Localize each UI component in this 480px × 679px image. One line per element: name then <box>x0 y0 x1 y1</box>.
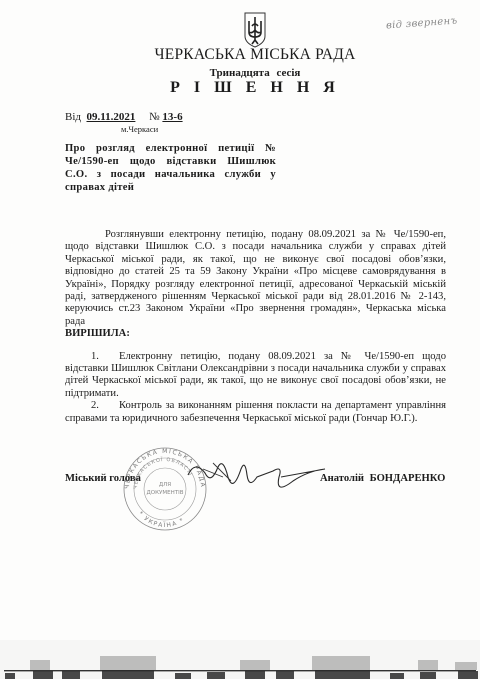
decision-body: Розглянувши електронну петицію, подану 0… <box>65 229 446 425</box>
svg-text:ДОКУМЕНТІВ: ДОКУМЕНТІВ <box>147 490 184 496</box>
resolution-item-1: 1.Електронну петицію, подану 08.09.2021 … <box>65 351 446 401</box>
item-number: 2. <box>91 400 119 412</box>
svg-text:ДЛЯ: ДЛЯ <box>159 482 171 488</box>
decision-subject: Про розгляд електронної петиції № Че/159… <box>65 142 276 194</box>
date-prefix: Від <box>65 111 81 123</box>
date-number-line: Від 09.11.2021 № 13-6 <box>65 111 183 123</box>
resolution-item-2: 2.Контроль за виконанням рішення покласт… <box>65 400 446 425</box>
scan-noise-band <box>0 640 480 679</box>
council-name: ЧЕРКАСЬКА МІСЬКА РАДА <box>0 46 480 64</box>
decision-date: 09.11.2021 <box>87 111 136 123</box>
number-prefix: № <box>149 111 160 123</box>
item-text: Електронну петицію, подану 08.09.2021 за… <box>65 351 446 399</box>
resolved-heading: ВИРІШИЛА: <box>65 328 446 340</box>
session-label: Тринадцята сесія <box>0 67 480 79</box>
item-text: Контроль за виконанням рішення покласти … <box>65 400 446 423</box>
signatory-name: Анатолій БОНДАРЕНКО <box>320 473 445 484</box>
decision-number: 13-6 <box>162 111 182 123</box>
item-number: 1. <box>91 351 119 363</box>
document-type-title: Р І Ш Е Н Н Я <box>0 79 480 97</box>
trident-coat-of-arms-icon <box>243 12 267 48</box>
handwritten-signature <box>183 455 328 500</box>
signatory-position: Міський голова <box>65 473 141 484</box>
city-label: м.Черкаси <box>121 124 158 134</box>
handwritten-note: від зверненъ <box>386 16 458 32</box>
preamble-paragraph: Розглянувши електронну петицію, подану 0… <box>65 229 446 328</box>
